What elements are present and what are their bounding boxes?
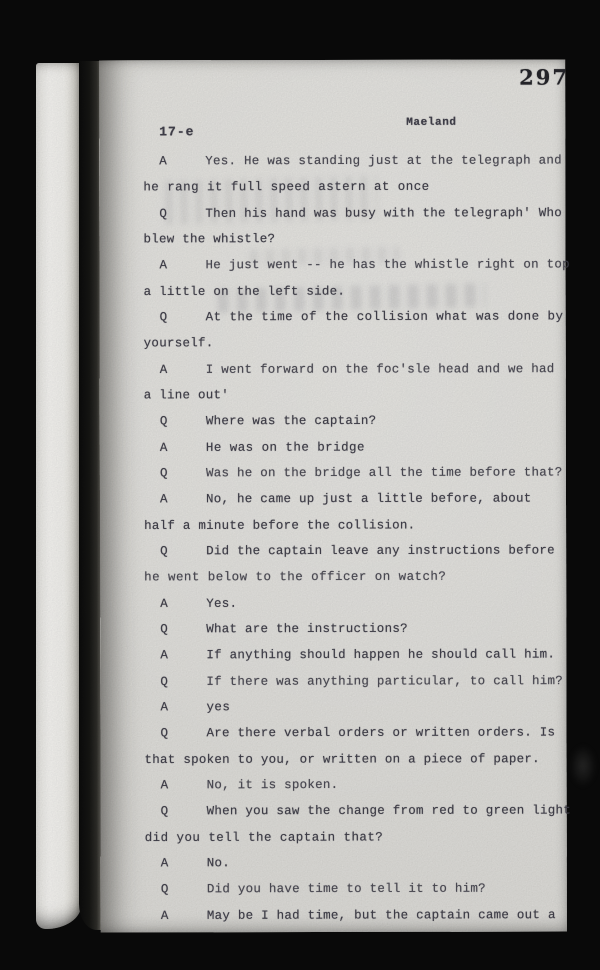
speaker-label: A (145, 772, 207, 798)
line-text: Yes. (206, 597, 237, 611)
transcript-line: AHe was on the bridge (144, 434, 562, 461)
transcript-continuation-line: he rang it full speed astern at once (143, 174, 561, 201)
transcript-line: AYes. He was standing just at the telegr… (143, 148, 561, 175)
transcript-line: QWhat are the instructions? (144, 616, 562, 643)
transcript-line: AHe just went -- he has the whistle righ… (143, 252, 561, 279)
line-text: yourself. (144, 336, 214, 350)
transcript-line: QAre there verbal orders or written orde… (144, 720, 562, 747)
line-text: yes (206, 700, 230, 714)
transcript-line: QWas he on the bridge all the time befor… (144, 460, 562, 487)
transcript-line: QWhen you saw the change from red to gre… (145, 798, 563, 825)
line-text: Where was the captain? (206, 414, 377, 428)
speaker-label: A (144, 357, 206, 383)
speaker-label: Q (144, 720, 206, 746)
transcript-line: AI went forward on the foc'sle head and … (144, 356, 562, 383)
speaker-label: Q (144, 616, 206, 642)
line-text: he rang it full speed astern at once (143, 180, 429, 195)
line-text: May be I had time, but the captain came … (207, 908, 556, 923)
line-text: He was on the bridge (206, 441, 365, 455)
line-text: No, it is spoken. (207, 778, 339, 792)
line-text: He just went -- he has the whistle right… (206, 258, 570, 273)
witness-name-header: Maeland (406, 117, 456, 129)
speaker-label: A (143, 148, 205, 174)
line-text: Was he on the bridge all the time before… (206, 466, 563, 481)
transcript-line: QWhere was the captain? (144, 408, 562, 435)
line-text: a line out' (144, 388, 229, 402)
speaker-label: A (144, 435, 206, 461)
transcript-line: ANo. (145, 850, 563, 877)
transcript-continuation-line: yourself. (144, 330, 562, 357)
transcript-continuation-line: a little on the left side. (144, 278, 562, 305)
transcript-sheet-number: 17-e (159, 124, 194, 139)
line-text: Then his hand was busy with the telegrap… (205, 206, 562, 221)
line-text: I went forward on the foc'sle head and w… (206, 362, 555, 377)
transcript-line: Ayes (144, 694, 562, 721)
transcript-line: QDid the captain leave any instructions … (144, 538, 562, 565)
transcript-line: AIf anything should happen he should cal… (144, 642, 562, 669)
transcript-continuation-line: a line out' (144, 382, 562, 409)
transcript-continuation-line: blew the whistle? (143, 226, 561, 253)
line-text: Yes. He was standing just at the telegra… (205, 154, 562, 169)
transcript: AYes. He was standing just at the telegr… (143, 148, 563, 929)
line-text: Are there verbal orders or written order… (206, 726, 555, 741)
speaker-label: Q (144, 408, 206, 434)
transcript-continuation-line: did you tell the captain that? (145, 824, 563, 851)
scanned-book-photo: 297 17-e Maeland AYes. He was standing j… (0, 0, 600, 970)
line-text: What are the instructions? (206, 622, 408, 636)
transcript-line: AMay be I had time, but the captain came… (145, 902, 563, 929)
transcript-continuation-line: he went below to the officer on watch? (144, 564, 562, 591)
transcript-line: QAt the time of the collision what was d… (144, 304, 562, 331)
line-text: that spoken to you, or written on a piec… (145, 752, 540, 767)
line-text: If anything should happen he should call… (206, 648, 555, 663)
document-page: 297 17-e Maeland AYes. He was standing j… (99, 60, 567, 933)
speaker-label: Q (144, 538, 206, 564)
speaker-label: A (144, 694, 206, 720)
speaker-label: A (144, 642, 206, 668)
line-text: When you saw the change from red to gree… (207, 804, 571, 819)
line-text: At the time of the collision what was do… (206, 310, 564, 325)
speaker-label: Q (145, 876, 207, 902)
transcript-line: QIf there was anything particular, to ca… (144, 668, 562, 695)
speaker-label: A (145, 850, 207, 876)
transcript-line: ANo, it is spoken. (145, 772, 563, 799)
line-text: No. (207, 856, 230, 870)
book-page-fore-edge (36, 63, 81, 929)
transcript-continuation-line: half a minute before the collision. (144, 512, 562, 539)
speaker-label: A (143, 252, 205, 278)
line-text: did you tell the captain that? (145, 830, 384, 844)
speaker-label: Q (144, 304, 206, 330)
scan-smudge (570, 745, 596, 787)
speaker-label: Q (145, 798, 207, 824)
speaker-label: A (144, 591, 206, 617)
line-text: Did the captain leave any instructions b… (206, 544, 555, 559)
transcript-line: AYes. (144, 590, 562, 617)
transcript-line: QDid you have time to tell it to him? (145, 876, 563, 903)
line-text: If there was anything particular, to cal… (206, 674, 563, 689)
transcript-continuation-line: that spoken to you, or written on a piec… (145, 746, 563, 773)
line-text: No, he came up just a little before, abo… (206, 492, 532, 507)
line-text: Did you have time to tell it to him? (207, 882, 486, 897)
speaker-label: A (145, 903, 207, 929)
speaker-label: Q (143, 201, 205, 227)
page-number: 297 (519, 65, 569, 90)
speaker-label: Q (144, 669, 206, 695)
line-text: blew the whistle? (143, 232, 275, 246)
line-text: half a minute before the collision. (144, 518, 415, 533)
transcript-line: ANo, he came up just a little before, ab… (144, 486, 562, 513)
speaker-label: Q (144, 460, 206, 486)
line-text: a little on the left side. (144, 285, 346, 299)
speaker-label: A (144, 486, 206, 512)
transcript-line: QThen his hand was busy with the telegra… (143, 200, 561, 227)
line-text: he went below to the officer on watch? (144, 570, 446, 585)
